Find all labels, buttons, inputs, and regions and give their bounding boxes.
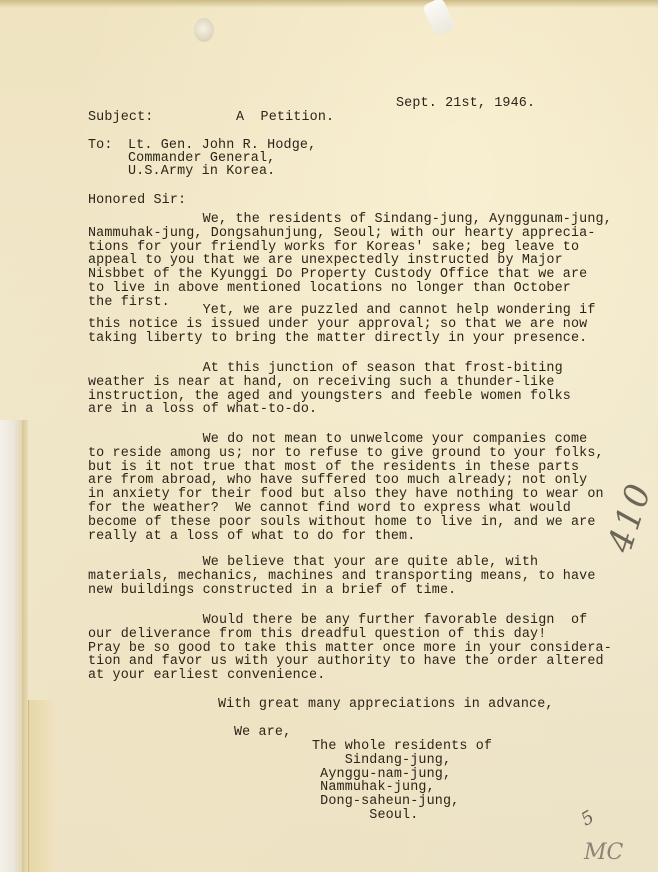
signature-line: Sindang-jung,	[312, 754, 451, 768]
paragraph-line: in anxiety for their food but also they …	[88, 488, 604, 502]
paragraph-line: We believe that your are quite able, wit…	[88, 556, 538, 570]
paragraph-line: are from abroad, who have suffered too m…	[88, 474, 587, 488]
paper-fold-lower	[28, 700, 55, 872]
paragraph-line: new buildings constructed in a brief of …	[88, 584, 456, 598]
paragraph-line: are in a loss of what-to-do.	[88, 403, 317, 417]
paragraph-line: this notice is issued under your approva…	[88, 318, 587, 332]
signature-line: Nammuhak-jung,	[312, 781, 435, 795]
subject-text: A Petition.	[236, 111, 334, 125]
paragraph-line: At this junction of season that frost-bi…	[88, 362, 563, 376]
paragraph-line: appeal to you that we are unexpectedly i…	[88, 254, 563, 268]
paragraph-line: Yet, we are puzzled and cannot help wond…	[88, 304, 596, 318]
we-are-line: We are,	[234, 726, 291, 740]
binding-strip	[0, 420, 22, 872]
paragraph-line: tions for your friendly works for Koreas…	[88, 241, 579, 255]
paragraph-line: really at a loss of what to do for them.	[88, 530, 415, 544]
paragraph-line: Nisbbet of the Kyunggi Do Property Custo…	[88, 268, 587, 282]
signature-line: Aynggu-nam-jung,	[312, 768, 451, 782]
signature-line: Dong-saheun-jung,	[312, 795, 459, 809]
paragraph-line: Would there be any further favorable des…	[88, 614, 587, 628]
signature-line: The whole residents of	[312, 740, 492, 754]
paragraph-line: for the weather? We cannot find word to …	[88, 502, 571, 516]
paragraph-line: We do not mean to unwelcome your compani…	[88, 433, 587, 447]
letter-date: Sept. 21st, 1946.	[396, 97, 535, 111]
corner-initials: MC	[584, 840, 623, 865]
paper-top-edge	[0, 0, 658, 8]
paragraph-line: at your earliest convenience.	[88, 669, 325, 683]
paragraph-line: Nammuhak-jung, Dongsahunjung, Seoul; wit…	[88, 227, 596, 241]
paragraph-line: Pray be so good to take this matter once…	[88, 642, 612, 656]
paragraph-line: weather is near at hand, on receiving su…	[88, 376, 555, 390]
salutation: Honored Sir:	[88, 194, 186, 208]
punch-hole	[194, 18, 214, 42]
paragraph-line: to reside among us; nor to refuse to giv…	[88, 447, 604, 461]
recipient-line: U.S.Army in Korea.	[128, 165, 275, 179]
paragraph-line: We, the residents of Sindang-jung, Ayngg…	[88, 213, 612, 227]
paragraph-line: become of these poor souls without home …	[88, 516, 596, 530]
signature-line: Seoul.	[312, 809, 418, 823]
paragraph-line: our deliverance from this dreadful quest…	[88, 628, 546, 642]
to-label: To:	[88, 139, 113, 153]
closing-line: With great many appreciations in advance…	[218, 698, 554, 712]
paragraph-line: to live in above mentioned locations no …	[88, 282, 571, 296]
paragraph-line: tion and favor us with your authority to…	[88, 655, 604, 669]
paragraph-line: materials, mechanics, machines and trans…	[88, 570, 596, 584]
paragraph-line: but is it not true that most of the resi…	[88, 461, 579, 475]
paragraph-line: taking liberty to bring the matter direc…	[88, 332, 587, 346]
subject-label: Subject:	[88, 111, 154, 125]
paragraph-line: instruction, the aged and youngsters and…	[88, 390, 571, 404]
